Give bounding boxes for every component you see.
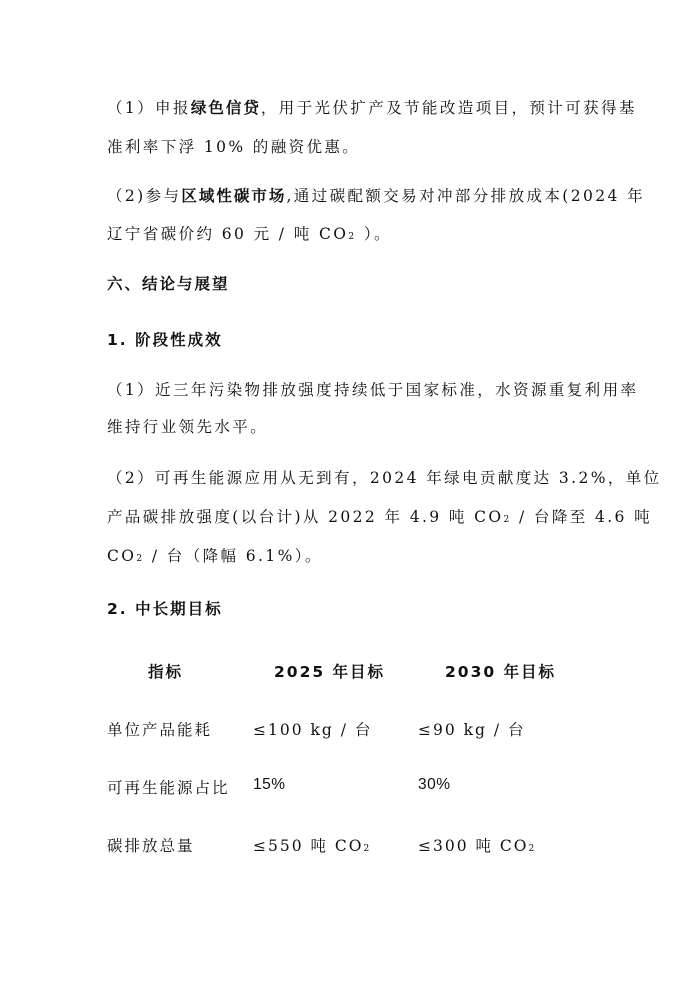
paragraph-green-credit-line2: 准利率下浮 10% 的融资优惠。 (107, 135, 360, 157)
item-prefix: （2)参与 (107, 187, 181, 205)
paragraph-text: / 台（降幅 6.1%）。 (145, 547, 323, 565)
bold-term-carbon-market: 区域性碳市场 (181, 187, 286, 205)
table-cell-2030: 30% (418, 776, 451, 794)
table-cell-indicator: 单位产品能耗 (107, 718, 212, 740)
paragraph-text: 产品碳排放强度(以台计)从 2022 年 4.9 吨 CO (107, 508, 504, 526)
subsection-heading-achievements: 1. 阶段性成效 (107, 328, 223, 350)
subsection-heading-long-term-targets: 2. 中长期目标 (107, 597, 223, 619)
cell-text: ≤300 吨 CO (418, 837, 529, 855)
table-cell-2030: ≤300 吨 CO2 (418, 834, 536, 856)
achievement-item1-line1: （1）近三年污染物排放强度持续低于国家标准，水资源重复利用率 (107, 378, 638, 400)
table-cell-2025: 15% (253, 776, 286, 794)
section-heading-conclusion: 六、结论与展望 (107, 272, 230, 294)
table-header-2025: 2025 年目标 (274, 660, 385, 682)
subscript: 2 (136, 554, 144, 564)
paragraph-carbon-market-line1: （2)参与区域性碳市场,通过碳配额交易对冲部分排放成本(2024 年 (107, 184, 645, 206)
table-cell-indicator: 碳排放总量 (107, 834, 195, 856)
achievement-item2-line3: CO2 / 台（降幅 6.1%）。 (107, 544, 323, 566)
subscript: 2 (504, 515, 512, 525)
paragraph-carbon-market-line2: 辽宁省碳价约 60 元 / 吨 CO2 ）。 (107, 222, 392, 244)
item-prefix: （1）申报 (107, 99, 191, 117)
achievement-item2-line2: 产品碳排放强度(以台计)从 2022 年 4.9 吨 CO2 / 台降至 4.6… (107, 505, 652, 527)
paragraph-text: ，用于光伏扩产及节能改造项目，预计可获得基 (261, 99, 637, 117)
table-header-indicator: 指标 (148, 660, 183, 682)
paragraph-text: / 台降至 4.6 吨 (512, 508, 652, 526)
paragraph-text: ）。 (357, 225, 392, 243)
table-cell-2030: ≤90 kg / 台 (418, 718, 526, 740)
bold-term-green-credit: 绿色信贷 (191, 99, 261, 117)
cell-text: ≤550 吨 CO (253, 837, 364, 855)
paragraph-text: 辽宁省碳价约 60 元 / 吨 CO (107, 225, 348, 243)
achievement-item1-line2: 维持行业领先水平。 (107, 415, 268, 437)
subscript: 2 (529, 844, 537, 854)
subscript: 2 (364, 844, 372, 854)
table-cell-2025: ≤100 kg / 台 (253, 718, 372, 740)
table-cell-2025: ≤550 吨 CO2 (253, 834, 371, 856)
subscript: 2 (348, 232, 356, 242)
table-header-2030: 2030 年目标 (445, 660, 556, 682)
paragraph-text: CO (107, 547, 136, 565)
paragraph-text: ,通过碳配额交易对冲部分排放成本(2024 年 (286, 187, 645, 205)
table-cell-indicator: 可再生能源占比 (107, 776, 230, 798)
paragraph-green-credit-line1: （1）申报绿色信贷，用于光伏扩产及节能改造项目，预计可获得基 (107, 96, 637, 118)
achievement-item2-line1: （2）可再生能源应用从无到有，2024 年绿电贡献度达 3.2%，单位 (107, 466, 662, 488)
